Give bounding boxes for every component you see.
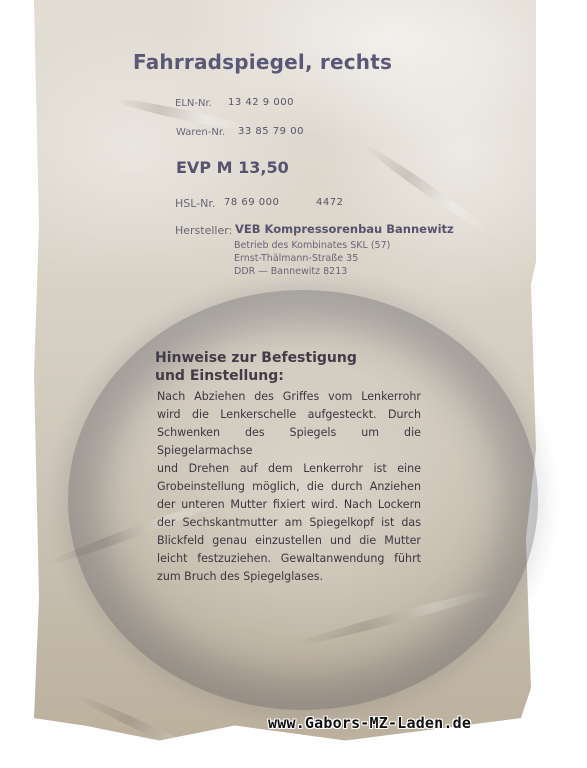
address-line: Ernst-Thälmann-Straße 35 xyxy=(234,253,358,264)
hsl-label: HSL-Nr. xyxy=(175,197,215,210)
eln-value: 13 42 9 000 xyxy=(228,97,294,108)
paper-crease xyxy=(72,690,239,768)
instruction-line: Grobeinstellung möglich, die durch Anzie… xyxy=(157,478,421,496)
waren-value: 33 85 79 00 xyxy=(238,126,304,137)
instruction-line: zum Bruch des Spiegelglases. xyxy=(157,568,421,586)
waren-label: Waren-Nr. xyxy=(176,127,225,138)
instructions-heading-line: und Einstellung: xyxy=(155,367,415,385)
manufacturer-name: VEB Kompressorenbau Bannewitz xyxy=(235,222,454,236)
address-line: DDR — Bannewitz 8213 xyxy=(234,266,347,277)
product-title: Fahrradspiegel, rechts xyxy=(133,50,392,74)
instruction-line: wird die Lenkerschelle aufgesteckt. Durc… xyxy=(157,406,421,424)
hsl-value: 78 69 000 xyxy=(224,197,279,208)
manufacturer-label: Hersteller: xyxy=(175,224,232,237)
eln-label: ELN-Nr. xyxy=(175,98,212,109)
instruction-line: der unteren Mutter fixiert wird. Nach Lo… xyxy=(157,496,421,514)
instruction-line: Schwenken des Spiegels um die Spiegelarm… xyxy=(157,424,421,460)
instruction-line: und Drehen auf dem Lenkerrohr ist eine xyxy=(157,460,421,478)
instructions-heading-line: Hinweise zur Befestigung xyxy=(155,349,415,367)
price-evp: EVP M 13,50 xyxy=(176,158,289,177)
hsl-extra: 4472 xyxy=(316,197,343,208)
address-line: Betrieb des Kombinates SKL (57) xyxy=(234,240,390,251)
instruction-line: Blickfeld genau einzustellen und die Mut… xyxy=(157,532,421,550)
instructions-heading: Hinweise zur Befestigung und Einstellung… xyxy=(155,349,415,385)
instruction-line: leicht festzuziehen. Gewaltanwendung füh… xyxy=(157,550,421,568)
instructions-body: Nach Abziehen des Griffes vom Lenkerrohr… xyxy=(157,388,421,586)
instruction-line: der Sechskantmutter am Spiegelkopf ist d… xyxy=(157,514,421,532)
instruction-line: Nach Abziehen des Griffes vom Lenkerrohr xyxy=(157,388,421,406)
shop-watermark: www.Gabors-MZ-Laden.de xyxy=(268,714,471,732)
